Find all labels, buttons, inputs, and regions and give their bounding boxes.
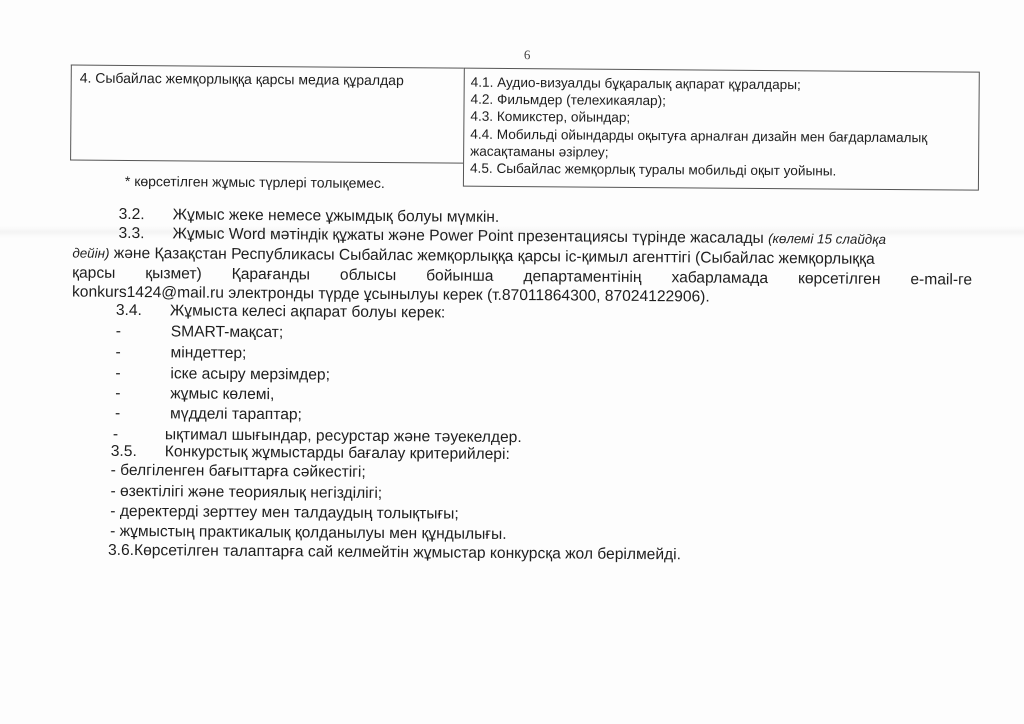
section-number: 3.5. [111, 443, 165, 461]
document-page: 6 4. Сыбайлас жемқорлыққа қарсы медиа құ… [0, 0, 1024, 724]
section-3-4: 3.4.Жұмыста келесі ақпарат болуы керек: [116, 302, 446, 323]
section-3-6: 3.6.Көрсетілген талаптарға сай келмейтін… [108, 542, 681, 564]
list-item: -SMART-мақсат; [116, 323, 284, 342]
list-marker: - [115, 365, 170, 383]
list-item-text: SMART-мақсат; [171, 323, 284, 341]
list-item-text: жұмыс көлемі, [170, 385, 274, 403]
word: қарсы [72, 265, 115, 283]
word: e-mail-ге [910, 271, 972, 289]
criteria-item: - белгіленген бағыттарға сәйкестігі; [111, 462, 366, 482]
list-item-text: мүдделі тараптар; [170, 405, 302, 423]
word: қызмет) [145, 265, 202, 283]
word: хабарламада [671, 269, 768, 288]
list-item: -жұмыс көлемі, [115, 385, 274, 404]
page-number: 6 [524, 47, 531, 63]
criteria-item: - деректерді зерттеу мен талдаудың толық… [110, 503, 459, 524]
word: көрсетілген [798, 270, 881, 289]
section-note-italic: (көлемі 15 слайдқа [768, 231, 886, 247]
table-cell-category: 4. Сыбайлас жемқорлыққа қарсы медиа құра… [70, 65, 464, 164]
section-number: 3.4. [116, 302, 170, 320]
section-text: Жұмыс жеке немесе ұжымдық болуы мүмкін. [173, 206, 500, 226]
criteria-item: - жұмыстың практикалық қолданылуы мен құ… [110, 523, 507, 544]
word: департаментінің [523, 268, 641, 287]
table-footnote: * көрсетілген жұмыс түрлері толықемес. [125, 173, 385, 191]
word: бойынша [426, 267, 493, 286]
table-cell-subitems: 4.1. Аудио-визуалды бұқаралық ақпарат құ… [463, 68, 980, 191]
section-text: Жұмыс Word мәтіндік құжаты және Power Po… [172, 225, 763, 247]
section-note-italic: дейін) [72, 246, 109, 261]
subitem-4-5: 4.5. Сыбайлас жемқорлық туралы мобильді … [470, 160, 972, 181]
criteria-item: - өзектілігі және теориялық негізділігі; [110, 483, 382, 503]
media-tools-table: 4. Сыбайлас жемқорлыққа қарсы медиа құра… [70, 65, 980, 191]
list-marker: - [113, 426, 165, 444]
list-item-text: іске асыру мерзімдер; [170, 365, 330, 383]
word: облысы [340, 267, 396, 285]
list-item: -мүдделі тараптар; [115, 405, 302, 424]
section-number: 3.3. [118, 225, 172, 243]
list-marker: - [115, 405, 170, 423]
section-text: Конкурстық жұмыстарды бағалау критерийле… [165, 443, 510, 463]
list-item: -міндеттер; [116, 344, 247, 363]
list-marker: - [116, 323, 171, 341]
section-3-2: 3.2.Жұмыс жеке немесе ұжымдық болуы мүмк… [119, 206, 500, 227]
word: Қарағанды [232, 266, 311, 285]
section-text: және Қазақстан Республикасы Сыбайлас жем… [114, 245, 875, 268]
section-text: Жұмыста келесі ақпарат болуы керек: [170, 302, 446, 321]
list-item-text: міндеттер; [171, 344, 247, 362]
section-number: 3.2. [119, 206, 173, 224]
list-item: -іске асыру мерзімдер; [115, 365, 330, 385]
list-marker: - [115, 385, 170, 403]
section-3-5: 3.5.Конкурстық жұмыстарды бағалау критер… [111, 443, 510, 464]
list-marker: - [116, 344, 171, 362]
